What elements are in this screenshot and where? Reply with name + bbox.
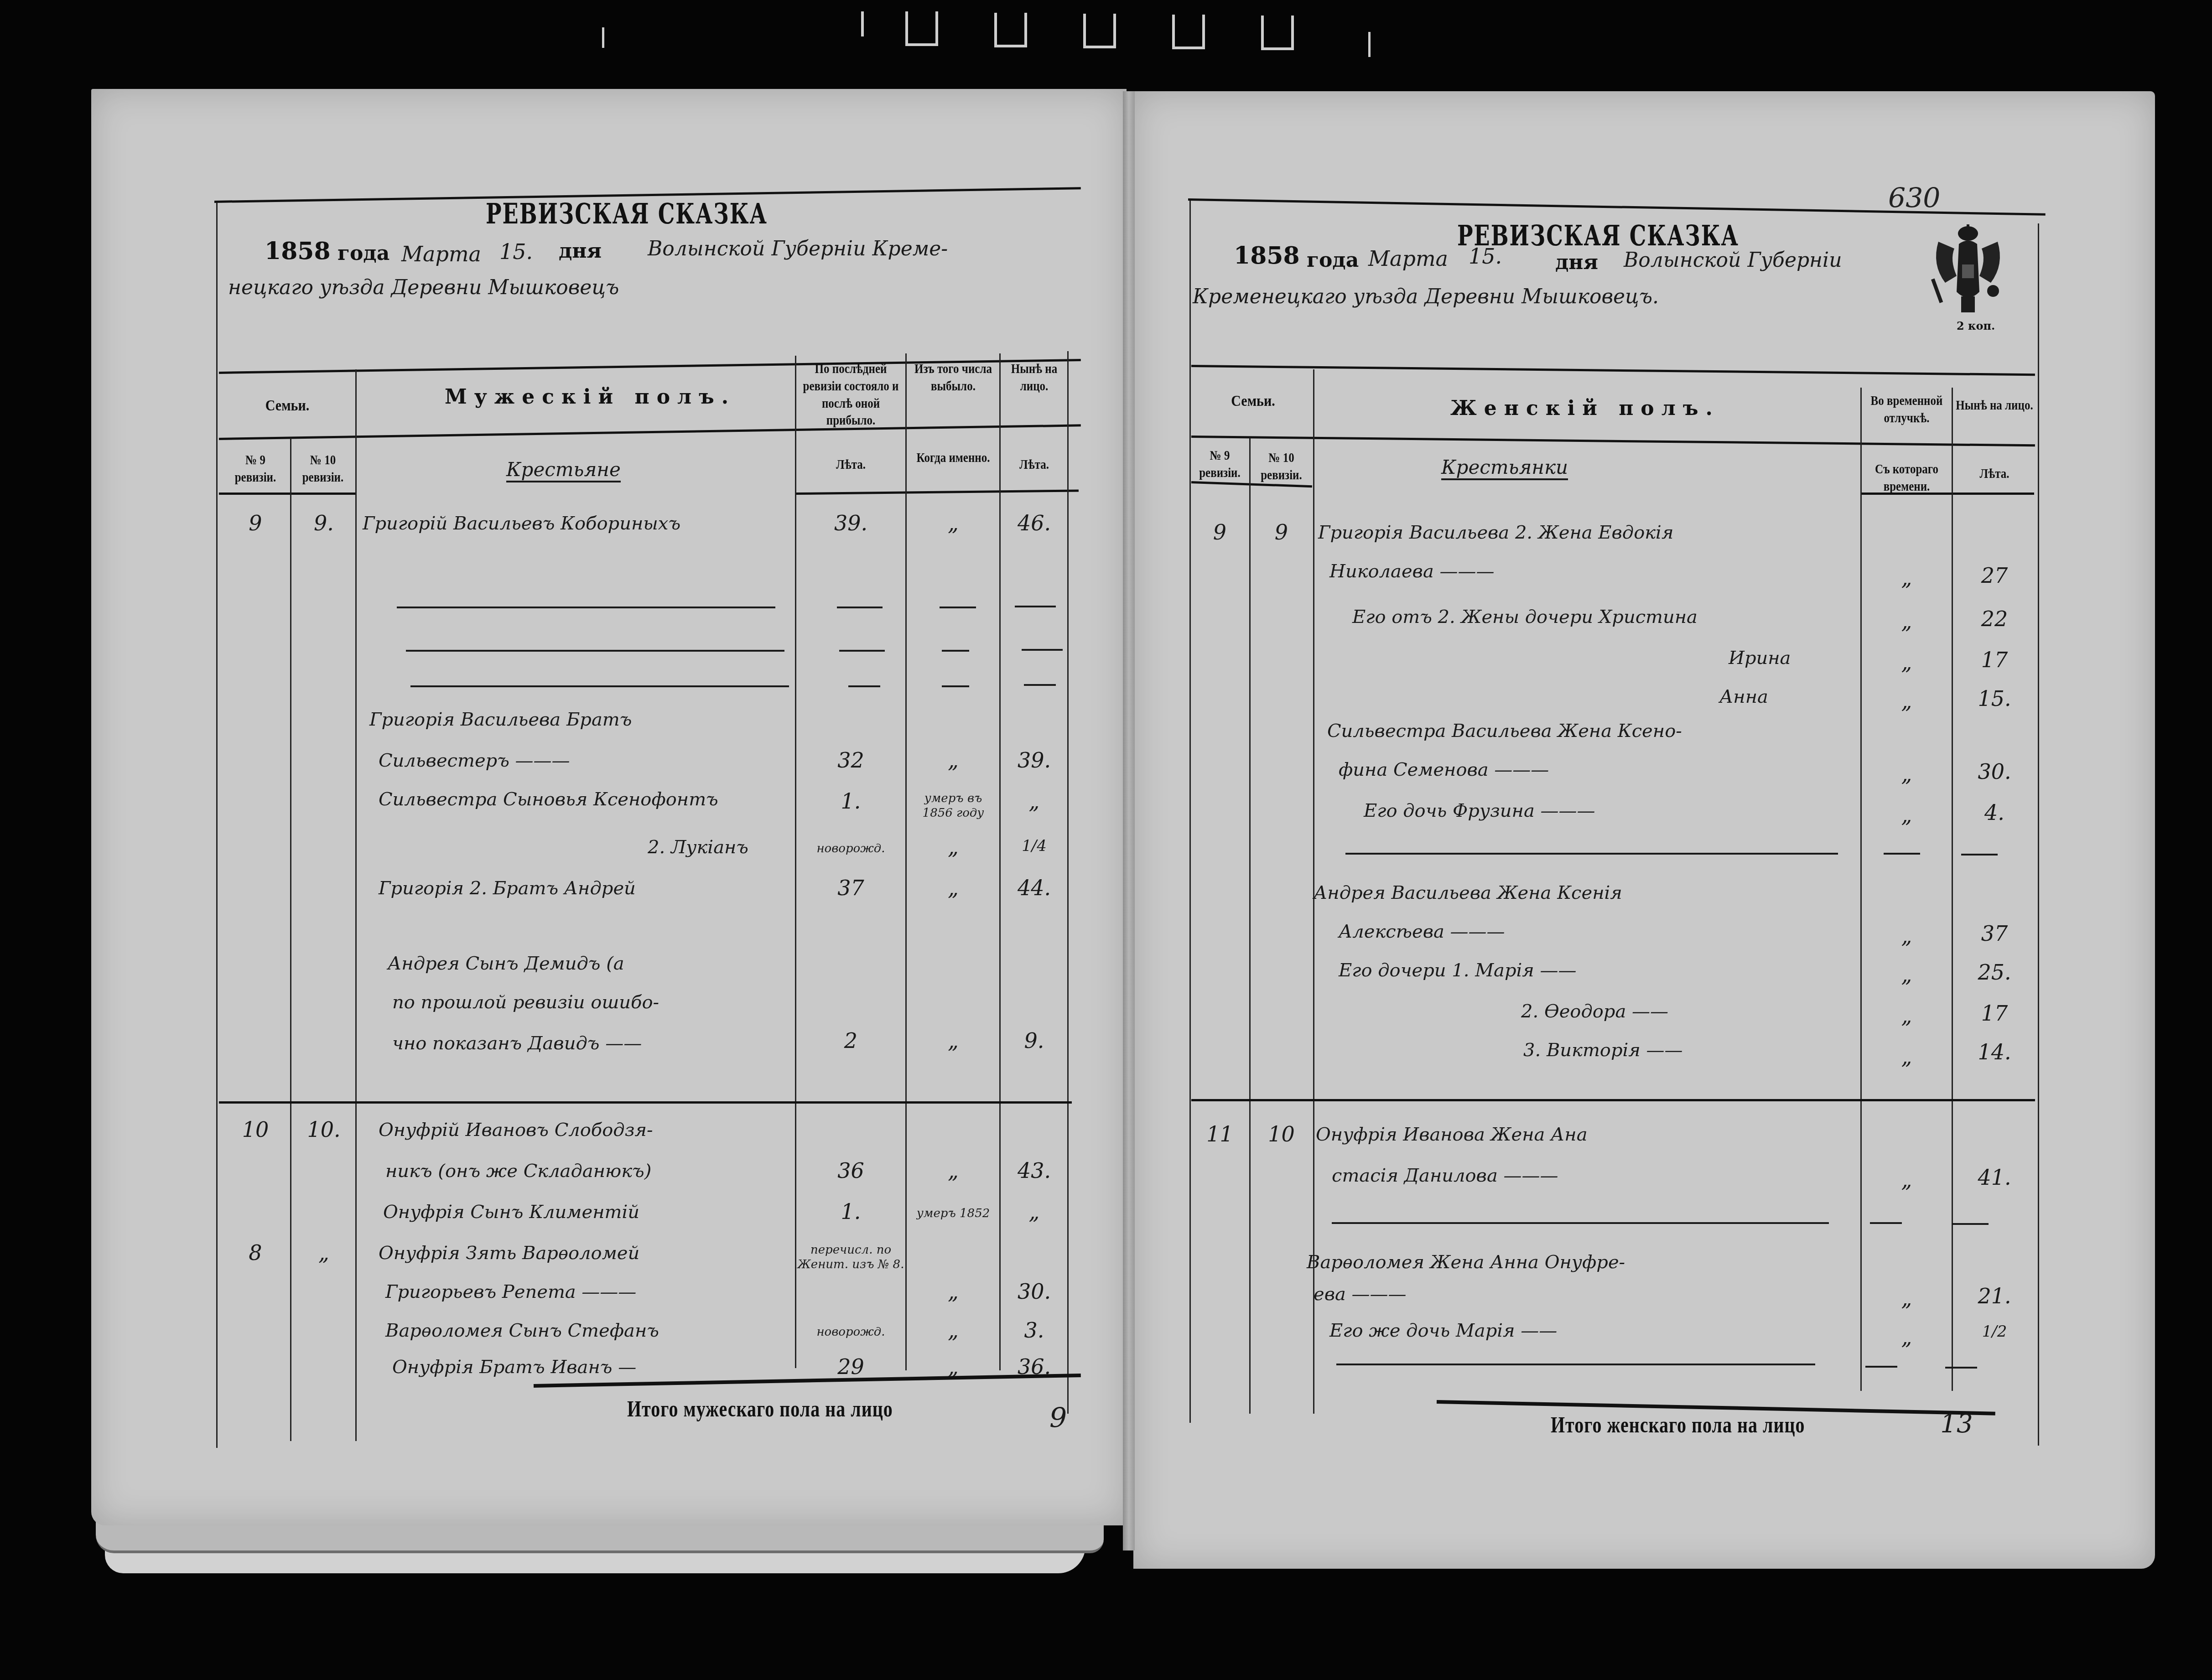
absence-since: „ [1862,1286,1951,1311]
person-name: 2. Лукіанъ [648,837,748,858]
rev9-header: № 9 ревизіи. [1191,447,1248,482]
age-last-revision: 1. [797,1199,904,1224]
rev10-no: 9. [292,511,356,535]
rev9-no: 10 [223,1117,287,1142]
rev9-no: 11 [1191,1122,1248,1146]
age-last-revision: 37 [797,876,904,900]
blank-dash [1952,1223,1989,1225]
female-total-label: Итого женскаго пола на лицо [1551,1411,1805,1438]
col-line [905,353,907,1370]
col-now-years: Лѣта. [1001,456,1067,473]
person-name: Онуфрій Ивановъ Слободзя- [379,1120,653,1141]
scanner-mark [905,11,938,46]
blank-dash [942,650,969,652]
departed-when: „ [908,1028,999,1053]
age-last-revision: 29 [797,1354,904,1379]
age-now: 44. [1001,876,1067,900]
age-now: 21. [1953,1284,2035,1308]
rev9-no: 9 [1191,520,1248,544]
families-header: Семьи. [219,397,356,414]
frame-left-line [1189,201,1191,1423]
absence-since: „ [1862,923,1951,948]
person-name: фина Семенова ——— [1339,759,1549,780]
left-title: РЕВИЗСКАЯ СКАЗКА [486,197,768,230]
families-header: Семьи. [1193,392,1314,410]
rev10-no: 9 [1251,520,1312,544]
female-section-header: Женскій полъ. [1450,397,1720,420]
person-name: Онуфрія Братъ Иванъ — [392,1357,636,1378]
blank-dash [1961,854,1998,856]
right-month: Марта [1368,246,1448,271]
col-line [999,353,1001,1370]
age-now: 41. [1953,1165,2035,1190]
person-name: Григорія Васильева Братъ [369,709,632,730]
person-name: Григорія 2. Братъ Андрей [379,878,636,899]
right-day: 15. [1469,244,1502,269]
person-name: стасія Данилова ——— [1332,1165,1558,1186]
rev10-no: „ [292,1240,356,1265]
col-line [1067,351,1069,1414]
absence-since: „ [1862,962,1951,987]
person-name: Его отъ 2. Жены дочери Христина [1352,607,1698,627]
family-divider-line [219,1101,1072,1104]
left-day-label: дня [559,239,602,263]
category-peasant-women: Крестьянки [1441,456,1568,480]
blank-dash [397,607,775,608]
person-name: 3. Викторія —— [1523,1040,1683,1061]
blank-dash [1015,606,1056,607]
blank-dash [848,685,880,687]
departed-when: „ [908,1318,999,1343]
age-now: 17 [1953,1001,2035,1026]
rev9-no: 8 [223,1240,287,1265]
person-name: Николаева ——— [1329,561,1494,582]
absence-since: „ [1862,803,1951,827]
person-name: 2. Ѳеодора —— [1521,1001,1668,1022]
frame-left-line [216,203,218,1448]
blank-dash [1884,853,1920,855]
rev10-no: 10. [292,1117,356,1142]
rev9-header: № 9 ревизіи. [223,451,287,486]
departed-when: „ [908,511,999,535]
blank-dash [406,650,784,652]
blank-dash [1865,1366,1897,1368]
left-year-label: года [338,242,389,265]
age-now: 1/2 [1953,1322,2035,1341]
departed-when: „ [908,835,999,859]
age-now: 46. [1001,511,1067,535]
age-now: 15. [1953,686,2035,711]
person-name: Андрея Васильева Жена Ксенія [1314,882,1622,903]
col-departed-when: Когда именно. [908,449,999,467]
person-name: Варѳоломея Сынъ Стефанъ [385,1320,659,1341]
absence-since: „ [1862,762,1951,786]
person-name: Онуфрія Зять Варѳоломей [379,1243,639,1264]
col-last-revision-years: Лѣта. [797,456,904,473]
absence-since: „ [1862,689,1951,713]
book-gutter [1123,91,1135,1550]
rev10-header: № 10 ревизіи. [1251,449,1312,484]
age-last-revision: 1. [797,789,904,814]
departed-when: умеръ 1852 [908,1206,999,1221]
category-peasants: Крестьяне [506,458,621,482]
age-now: 30. [1953,759,2035,784]
absence-since: „ [1862,1003,1951,1028]
age-now: 17 [1953,648,2035,672]
age-now: 43. [1001,1158,1067,1183]
age-now: 1/4 [1001,837,1067,855]
rev10-header: № 10 ревизіи. [291,451,355,486]
person-name: Григорьевъ Репета ——— [385,1281,636,1302]
age-now: 14. [1953,1040,2035,1064]
blank-dash [940,607,976,608]
departed-when: „ [908,876,999,900]
left-year: 1858 [265,237,331,265]
age-now: 30. [1001,1279,1067,1304]
age-now: 27 [1953,563,2035,588]
age-now: „ [1001,789,1067,814]
col-last-revision-header: По послѣдней ревизіи состояло и послѣ он… [797,360,904,430]
right-district-village: Кременецкаго уѣзда Деревни Мышковецъ. [1193,285,1659,308]
absence-since: „ [1862,650,1951,674]
col-absence-header: Во временной отлучкѣ. [1862,392,1951,427]
blank-dash [942,685,969,687]
col-line [795,356,796,1368]
blank-dash [1336,1364,1815,1365]
departed-when: „ [908,1158,999,1183]
rev9-no: 9 [223,511,287,535]
age-now: 25. [1953,960,2035,985]
person-name: Онуфрія Иванова Жена Ана [1316,1124,1588,1145]
left-province: Волынской Губерніи Креме- [648,237,948,260]
person-name: Анна [1719,686,1768,707]
absence-since: „ [1862,609,1951,633]
age-last-revision: 36 [797,1158,904,1183]
scanner-mark [602,27,604,48]
scanner-mark [1172,15,1205,49]
absence-since: „ [1862,565,1951,590]
blank-dash [1870,1222,1902,1224]
blank-dash [837,607,883,608]
person-name: Алексѣева ——— [1339,921,1505,942]
scanner-mark [1083,14,1116,48]
col-now-years: Лѣта. [1953,465,2035,482]
right-year-label: года [1307,249,1359,272]
person-name: Андрея Сынъ Демидъ (а [388,953,624,974]
right-province: Волынской Губерніи [1624,249,1842,272]
age-last-revision: 32 [797,748,904,773]
age-last-revision: 2 [797,1028,904,1053]
blank-dash [1945,1367,1977,1369]
person-name: Его дочери 1. Марія —— [1339,960,1577,981]
age-now: 3. [1001,1318,1067,1343]
person-name: Сильвестеръ ——— [379,750,570,771]
person-name: Его же дочь Марія —— [1329,1320,1557,1341]
rev10-no: 10 [1251,1122,1312,1146]
right-year: 1858 [1234,242,1300,270]
absence-since: „ [1862,1167,1951,1192]
absence-since: „ [1862,1044,1951,1069]
scanner-mark [861,11,864,36]
scanner-mark [1368,32,1371,57]
transfer-note: перечисл. по Женит. изъ № 8. [797,1243,904,1272]
age-last-revision: новорожд. [797,1325,904,1339]
left-district-village: нецкаго уѣзда Деревни Мышковецъ [228,276,619,299]
female-total-value: 13 [1934,1409,1979,1439]
page-number: 630 [1888,182,1941,214]
age-now: „ [1001,1199,1067,1224]
blank-dash [1022,649,1063,651]
age-now: 9. [1001,1028,1067,1053]
scanner-mark [994,13,1027,47]
blank-dash [410,685,789,687]
age-last-revision: 39. [797,511,904,535]
stamp-value: 2 коп. [1957,319,1995,332]
departed-when: „ [908,1279,999,1304]
male-total-value: 9 [1040,1402,1076,1434]
person-name: Сильвестра Васильева Жена Ксено- [1327,721,1682,741]
col-now-header: Нынѣ на лицо. [1953,397,2035,414]
person-name: Григорій Васильевъ Кобориныхъ [363,513,680,534]
right-day-label: дня [1555,251,1598,274]
double-headed-eagle-stamp-icon [1929,223,2007,315]
absence-since: „ [1862,1325,1951,1349]
departed-when: „ [908,748,999,773]
age-now: 4. [1953,800,2035,825]
blank-dash [1024,684,1056,686]
col-departed-header: Изъ того числа выбыло. [908,360,999,395]
families-subheader-line [219,493,356,495]
col-line [290,438,291,1441]
person-name: Онуфрія Сынъ Климентій [383,1202,639,1223]
person-name: Сильвестра Сыновья Ксенофонтъ [379,789,718,810]
male-section-header: Мужескій полъ. [445,385,736,409]
person-name: Ирина [1729,648,1791,669]
age-now: 37 [1953,921,2035,946]
col-line [1249,438,1251,1414]
male-total-label: Итого мужескаго пола на лицо [627,1395,893,1422]
col-now-header: Нынѣ на лицо. [1001,360,1067,395]
frame-right-line [2038,223,2039,1446]
col-absence-since: Съ котораго времени. [1862,461,1951,495]
person-name: чно показанъ Давидъ —— [392,1033,642,1054]
blank-dash [1345,853,1838,855]
person-name: Варѳоломея Жена Анна Онуфре- [1307,1252,1625,1273]
blank-dash [839,650,885,652]
person-name: по прошлой ревизіи ошибо- [392,992,659,1013]
person-name: ева ——— [1314,1284,1407,1305]
departed-when: умеръ въ 1856 году [908,791,999,820]
col-line [1860,388,1862,1391]
age-last-revision: новорожд. [797,841,904,856]
left-day: 15. [499,239,533,264]
blank-dash [1332,1222,1829,1224]
left-month: Марта [401,242,481,266]
person-name: Его дочь Фрузина ——— [1364,800,1595,821]
age-now: 39. [1001,748,1067,773]
col-line [1952,388,1953,1391]
age-now: 22 [1953,607,2035,631]
person-name: никъ (онъ же Складанюкъ) [385,1161,651,1182]
scanner-mark [1261,16,1294,50]
family-divider-line [1191,1099,2035,1101]
person-name: Григорія Васильева 2. Жена Евдокія [1318,522,1673,543]
